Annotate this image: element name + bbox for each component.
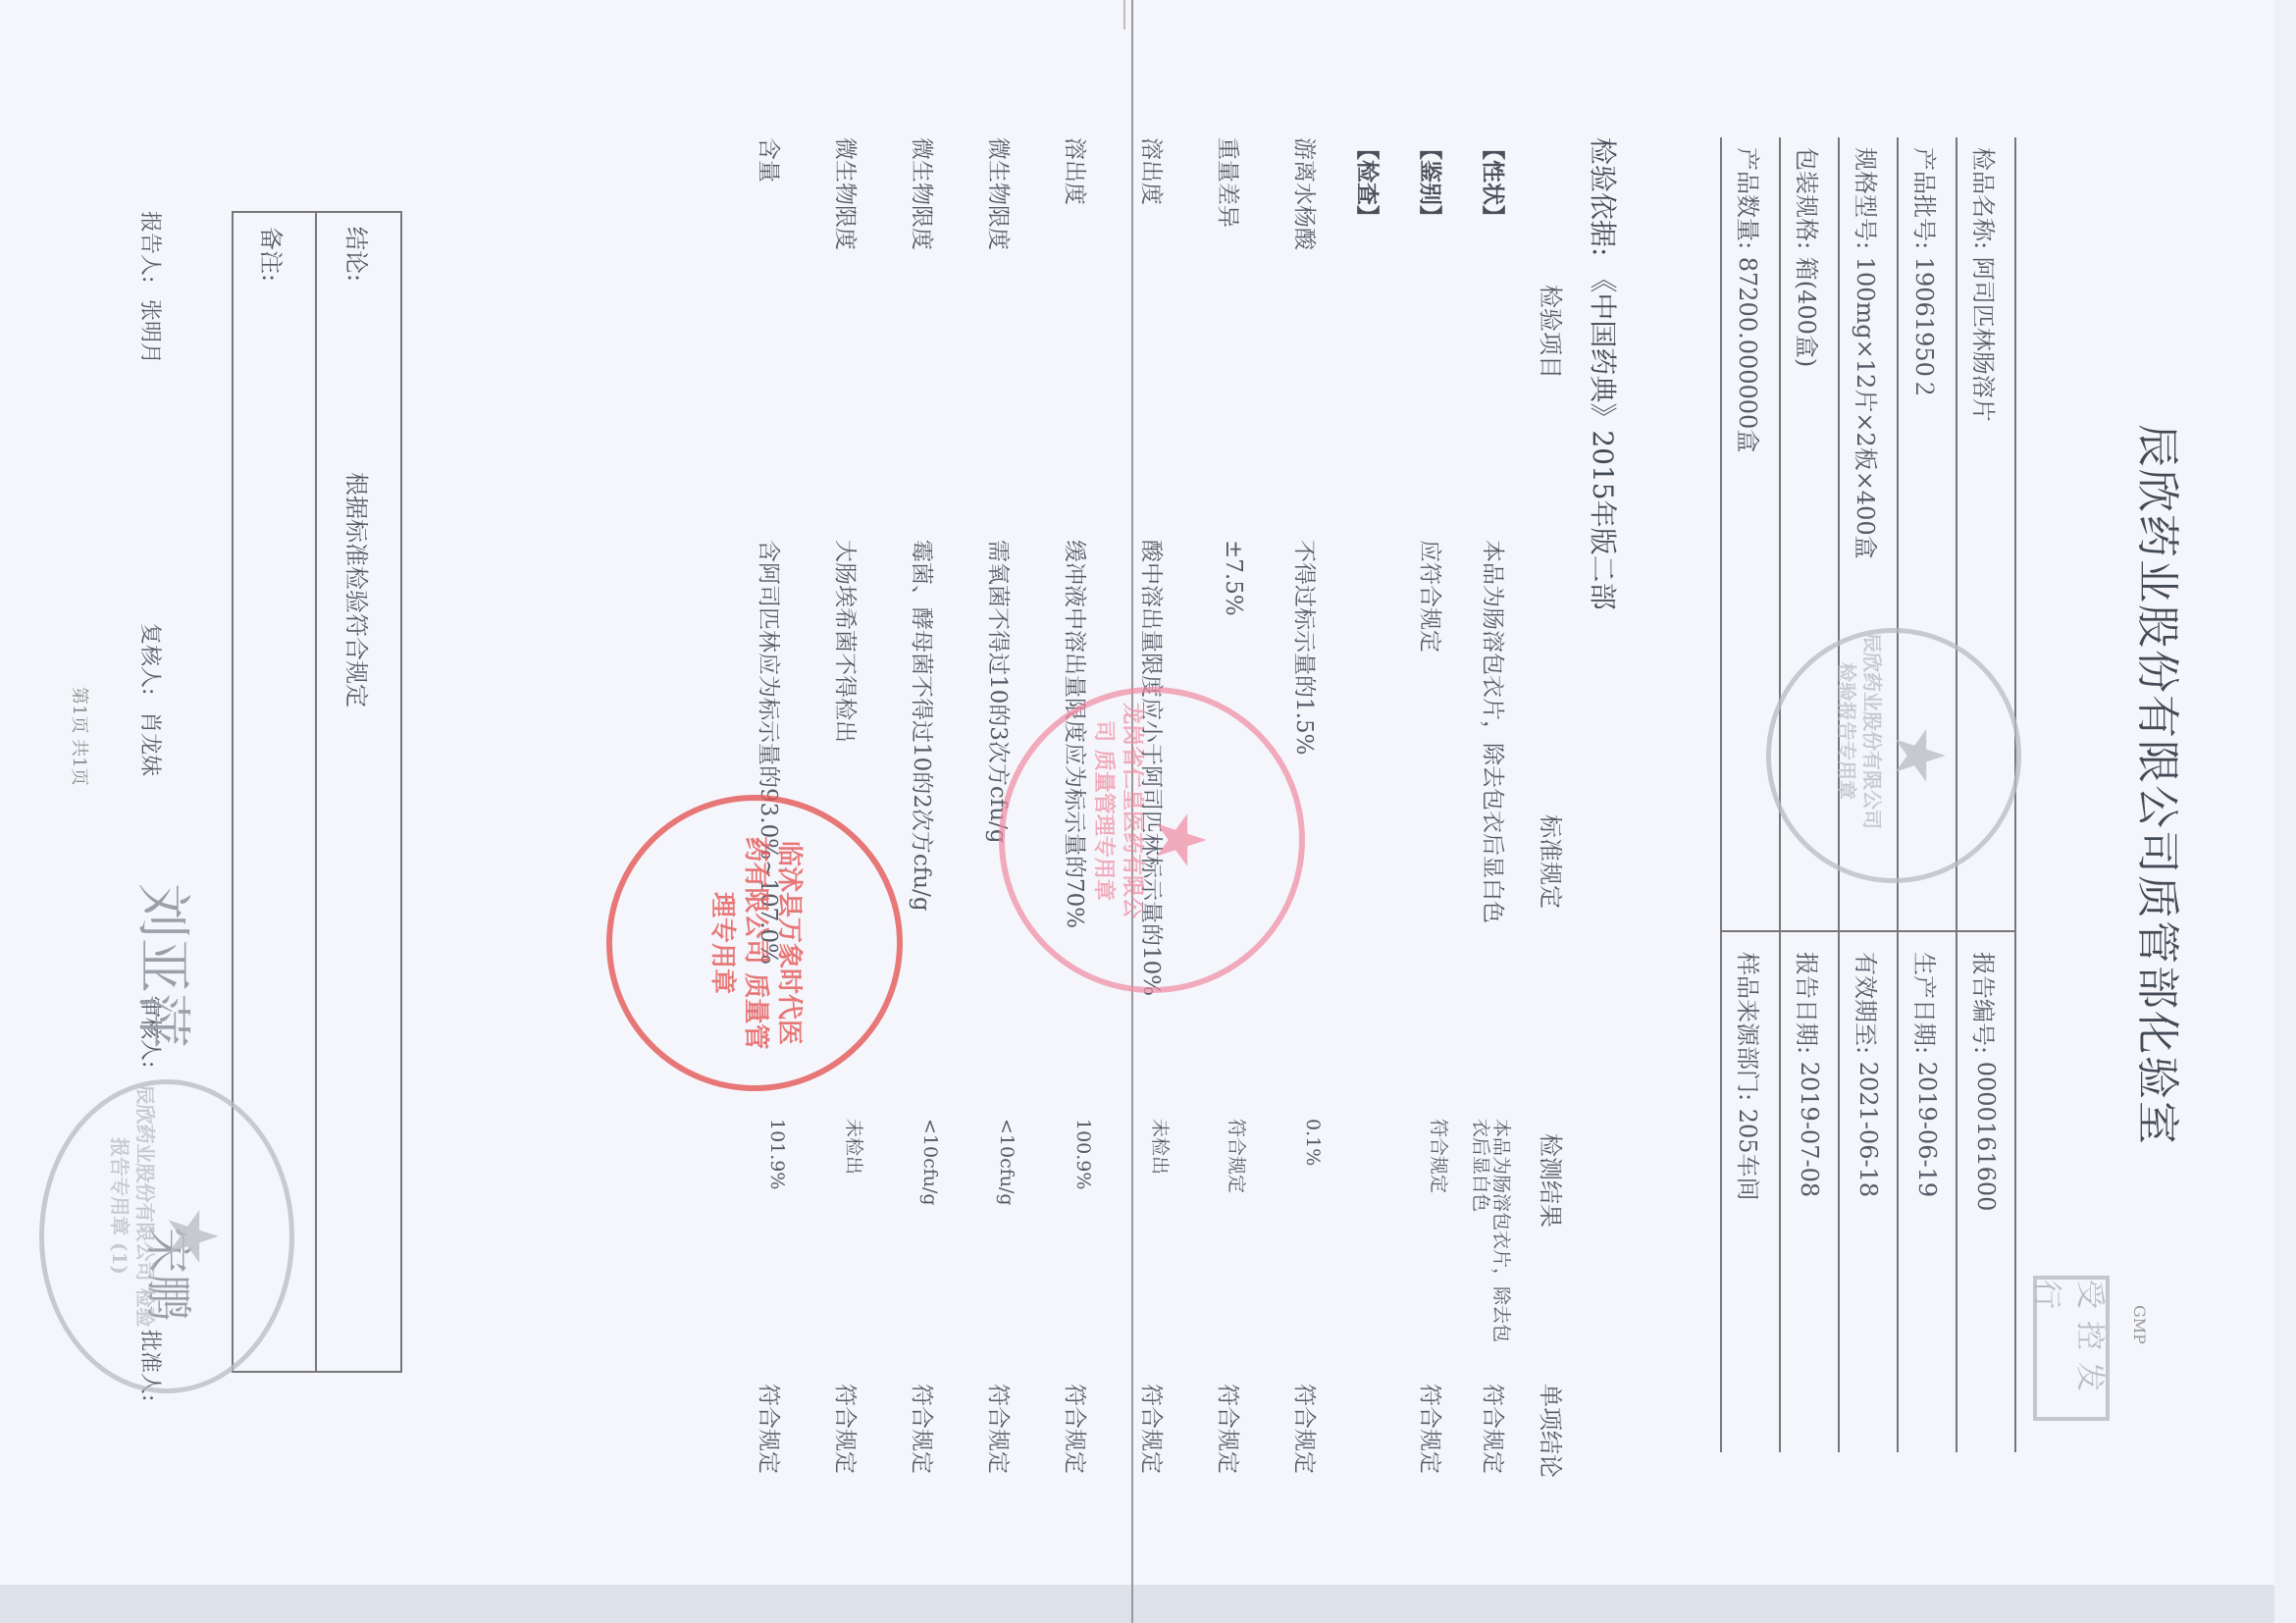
info-value: 阿司匹林肠溶片 (1970, 257, 1998, 422)
test-result: 0.1% (1302, 1119, 1323, 1166)
remark-label: 备注: (256, 213, 290, 315)
info-right-value: 2019-06-19 (1913, 1062, 1941, 1197)
star-icon: ★ (1146, 693, 1215, 987)
test-standard: 本品为肠溶包衣片，除去包衣后显白色 (1479, 540, 1511, 923)
test-conclusion: 符合规定 (755, 1384, 787, 1474)
report-title: 辰欣药业股份有限公司质管部化验室 (2130, 147, 2193, 1423)
checker-label: 复核人: (136, 623, 167, 695)
reporter-name: 张明月 (136, 299, 167, 364)
stamp-text: 临沭县万象时代医药有限公司 质量管理专用章 (704, 829, 804, 1057)
test-item: 溶出度 (1061, 137, 1093, 205)
test-conclusion: 符合规定 (1214, 1384, 1246, 1474)
test-row: 微生物限度霉菌、酵母菌不得过10的2次方cfu/g<10cfu/g符合规定 (897, 137, 940, 1452)
conclusion-value: 根据标准检验符合规定 (341, 315, 376, 707)
test-conclusion: 符合规定 (908, 1384, 940, 1474)
info-label: 包装规格: (1794, 147, 1821, 249)
col-standard-header: 标准规定 (1536, 814, 1570, 909)
test-result: 101.9% (766, 1119, 787, 1189)
stamp-text: 龙岗省仁皇医药有限公司 质量管理专用章 (1089, 693, 1145, 928)
test-standard: 大肠埃希菌不得检出 (831, 540, 863, 743)
info-left: 产品数量: 87200.000000盒 (1734, 137, 1768, 930)
col-item-header: 检验项目 (1536, 285, 1570, 379)
gray-company-stamp-top: ★辰欣药业股份有限公司 检验报告专用章 (1766, 628, 2021, 883)
test-result: <10cfu/g (919, 1119, 940, 1206)
basis-label: 检验依据: (1587, 137, 1619, 256)
test-standard: 应符合规定 (1416, 540, 1448, 653)
test-row: 【检查】 (1342, 137, 1385, 1452)
info-right: 报告日期: 2019-07-08 (1781, 930, 1838, 1452)
test-item: 【性状】 (1479, 137, 1511, 228)
info-right-value: 2021-06-18 (1854, 1062, 1882, 1197)
info-value: 100mg×12片×2板×400盒 (1852, 257, 1880, 559)
info-right-label: 报告编号: (1969, 942, 2004, 1054)
info-label: 规格型号: (1852, 147, 1880, 249)
info-value: 87200.000000盒 (1735, 257, 1762, 453)
info-row: 产品数量: 87200.000000盒样品来源部门: 205车间 (1720, 137, 1779, 1452)
test-conclusion: 符合规定 (1061, 1384, 1093, 1474)
gray-company-stamp-bottom: ★辰欣药业股份有限公司 检验报告专用章 (1) (39, 1079, 294, 1393)
info-right: 样品来源部门: 205车间 (1722, 930, 1779, 1452)
gmp-code: GMP (2130, 1305, 2149, 1344)
stamp-text: 辰欣药业股份有限公司 检验报告专用章 (1834, 633, 1885, 829)
conclusion-label: 结论: (341, 213, 376, 315)
test-item: 溶出度 (1137, 137, 1170, 205)
checker-name: 肖龙妹 (136, 711, 167, 776)
stamp-text: 辰欣药业股份有限公司 检验报告专用章 (1) (107, 1084, 158, 1328)
red-stamp-longgang: ★龙岗省仁皇医药有限公司 质量管理专用章 (999, 687, 1305, 993)
test-result: <10cfu/g (996, 1119, 1017, 1206)
test-report-document: 辰欣药业股份有限公司质管部化验室 GMP 受控发行 检品名称: 阿司匹林肠溶片报… (0, 0, 2296, 1623)
info-label: 产品批号: (1911, 147, 1939, 249)
col-result-header: 检测结果 (1536, 1133, 1570, 1228)
test-conclusion: 符合规定 (1479, 1384, 1511, 1474)
test-item: 微生物限度 (831, 137, 863, 250)
test-result: 未检出 (1149, 1119, 1170, 1175)
test-row: 微生物限度大肠埃希菌不得检出未检出符合规定 (820, 137, 863, 1452)
info-right-label: 有效期至: (1852, 942, 1886, 1054)
info-label: 产品数量: (1735, 147, 1762, 249)
page-number: 第1页 共1页 (68, 687, 93, 786)
info-value: 19061950２ (1911, 257, 1939, 400)
info-right: 报告编号: 0000161600 (1957, 930, 2014, 1452)
info-right-value: 0000161600 (1972, 1062, 2000, 1212)
test-item: 微生物限度 (984, 137, 1017, 250)
test-standard: ±7.5% (1221, 540, 1246, 616)
test-result: 100.9% (1072, 1119, 1093, 1189)
test-result: 本品为肠溶包衣片，除去包衣后显白色 (1470, 1119, 1511, 1354)
test-item: 重量差异 (1214, 137, 1246, 228)
controlled-copy-stamp: 受控发行 (2033, 1276, 2110, 1421)
test-conclusion: 符合规定 (831, 1384, 863, 1474)
test-item: 【检查】 (1353, 137, 1385, 228)
info-value: 箱(400盒) (1794, 257, 1821, 368)
test-conclusion: 符合规定 (1416, 1384, 1448, 1474)
info-right-label: 样品来源部门: (1734, 942, 1768, 1101)
info-right: 有效期至: 2021-06-18 (1840, 930, 1897, 1452)
test-item: 【鉴别】 (1416, 137, 1448, 228)
test-standard: 不得过标示量的1.5% (1290, 540, 1323, 755)
red-stamp-wanxiang: 临沭县万象时代医药有限公司 质量管理专用章 (606, 795, 903, 1091)
star-icon: ★ (158, 1084, 227, 1388)
reviewer-signature: 刘亚萍 (128, 883, 206, 1048)
test-conclusion: 符合规定 (1290, 1384, 1323, 1474)
info-right-value: 2019-07-08 (1796, 1062, 1823, 1197)
info-right-value: 205车间 (1734, 1109, 1768, 1201)
test-item: 游离水杨酸 (1290, 137, 1323, 250)
test-basis: 检验依据: 《中国药典》2015年版二部 (1585, 137, 1624, 610)
test-result: 未检出 (843, 1119, 863, 1175)
star-icon: ★ (1885, 633, 1954, 878)
test-standard: 霉菌、酵母菌不得过10的2次方cfu/g (908, 540, 940, 912)
info-label: 检品名称: (1970, 147, 1998, 249)
basis-value: 《中国药典》2015年版二部 (1587, 265, 1619, 609)
info-right-label: 生产日期: (1910, 942, 1945, 1054)
test-item: 微生物限度 (908, 137, 940, 250)
test-row: 【性状】本品为肠溶包衣片，除去包衣后显白色本品为肠溶包衣片，除去包衣后显白色符合… (1468, 137, 1511, 1452)
col-conclusion-header: 单项结论 (1536, 1384, 1570, 1478)
info-right-label: 报告日期: (1793, 942, 1827, 1054)
test-conclusion: 符合规定 (1137, 1384, 1170, 1474)
test-conclusion: 符合规定 (984, 1384, 1017, 1474)
test-row: 【鉴别】应符合规定符合规定符合规定 (1405, 137, 1448, 1452)
conclusion-row: 结论: 根据标准检验符合规定 (315, 213, 400, 1371)
test-result: 符合规定 (1428, 1119, 1448, 1193)
reporter-label: 报告人: (136, 211, 167, 283)
test-result: 符合规定 (1226, 1119, 1246, 1193)
info-right: 生产日期: 2019-06-19 (1899, 930, 1956, 1452)
test-item: 含量 (755, 137, 787, 183)
